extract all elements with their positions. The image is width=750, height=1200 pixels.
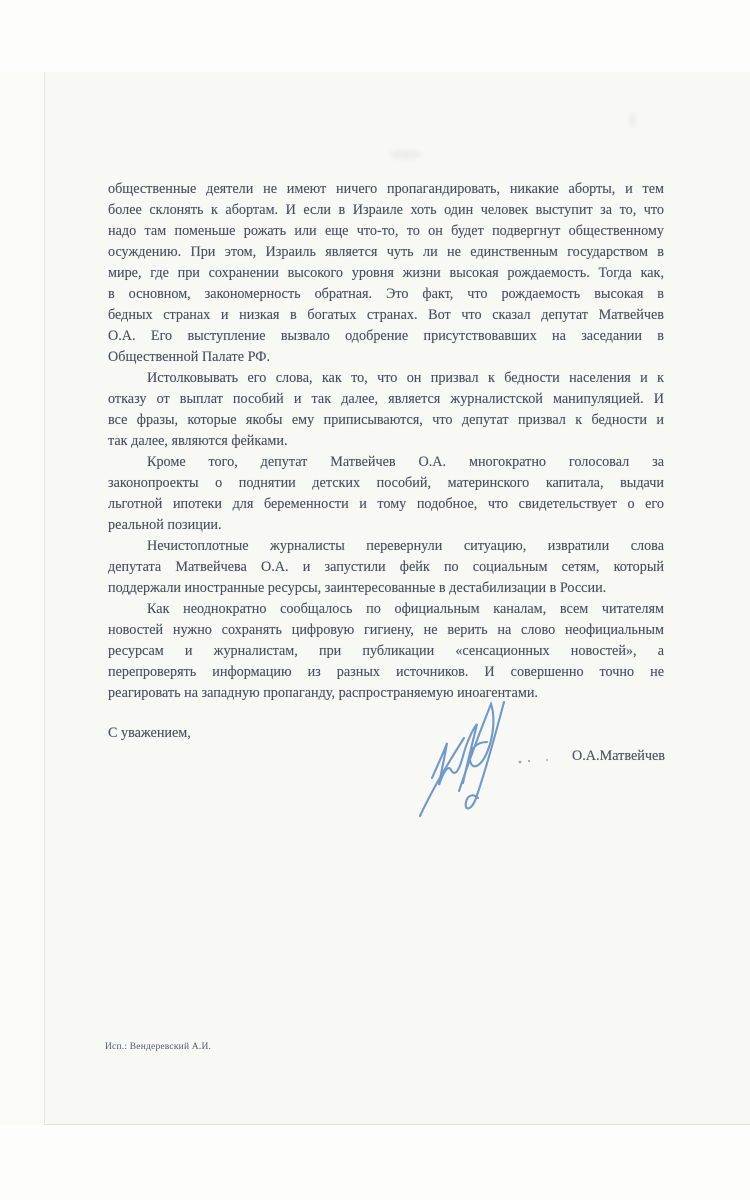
letter-line: новостей нужно сохранять цифровую гигиен… <box>108 620 664 641</box>
letter-line: более склонять к абортам. И если в Израи… <box>108 200 664 221</box>
letter-line: Кроме того, депутат Матвейчев О.А. много… <box>108 452 664 473</box>
letter-line: все фразы, которые якобы ему приписывают… <box>108 410 664 431</box>
scan-smudge <box>390 150 422 159</box>
letter-line: мире, где при сохранении высокого уровня… <box>108 263 664 284</box>
letter-line: бедных странах и низкая в богатых страна… <box>108 305 664 326</box>
closing-salutation: С уважением, <box>108 725 191 742</box>
scan-smudge <box>630 112 636 128</box>
letter-body: общественные деятели не имеют ничего про… <box>108 179 664 704</box>
scan-fold-edge <box>0 72 45 1125</box>
letter-line: отказу от выплат пособий и так далее, яв… <box>108 389 664 410</box>
handwritten-signature-icon <box>416 698 566 823</box>
letter-line: Нечистоплотные журналисты перевернули си… <box>108 536 664 557</box>
executor-note: Исп.: Вендеревский А.И. <box>105 1042 211 1052</box>
letter-line: ресурсам и журналистам, при публикации «… <box>108 641 664 662</box>
letter-line: реальной позиции. <box>108 515 664 536</box>
letter-line: осуждению. При этом, Израиль является чу… <box>108 242 664 263</box>
letter-line: Общественной Палате РФ. <box>108 347 664 368</box>
letter-line: льготной ипотеки для беременности и тому… <box>108 494 664 515</box>
letter-line: в основном, закономерность обратная. Это… <box>108 284 664 305</box>
signer-name: О.А.Матвейчев <box>572 748 665 765</box>
scanned-letter-page: { "page": { "background_color": "#fdfdfc… <box>0 0 750 1200</box>
letter-line: поддержали иностранные ресурсы, заинтере… <box>108 578 664 599</box>
letter-line: так далее, являются фейками. <box>108 431 664 452</box>
letter-line: Как неоднократно сообщалось по официальн… <box>108 599 664 620</box>
letter-line: реагировать на западную пропаганду, расп… <box>108 683 664 704</box>
letter-line: законопроекты о поднятии детских пособий… <box>108 473 664 494</box>
letter-line: депутата Матвейчева О.А. и запустили фей… <box>108 557 664 578</box>
letter-line: О.А. Его выступление вызвало одобрение п… <box>108 326 664 347</box>
letter-line: перепроверять информацию из разных источ… <box>108 662 664 683</box>
letter-line: общественные деятели не имеют ничего про… <box>108 179 664 200</box>
letter-line: Истолковывать его слова, как то, что он … <box>108 368 664 389</box>
letter-line: надо там поменьше рожать или еще что-то,… <box>108 221 664 242</box>
